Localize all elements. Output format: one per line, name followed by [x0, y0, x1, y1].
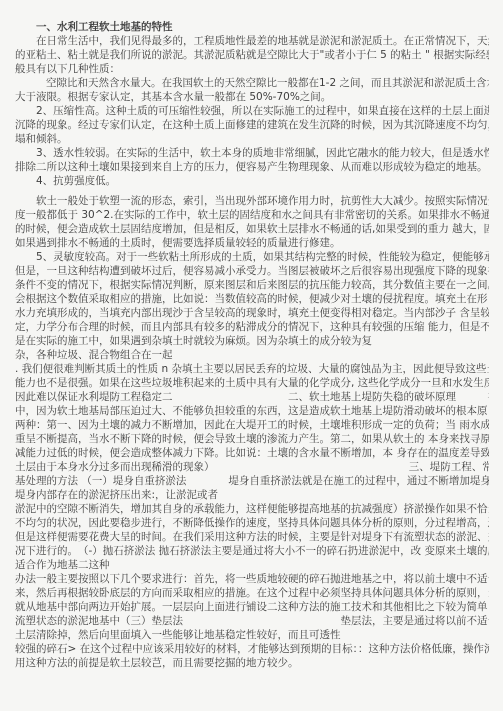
text-line: 空隙比和天然含水量大。在我国软土的天然空隙比一般都在1-2 之间，而且其淤泥和淤… — [15, 76, 489, 90]
text-line: 4、抗剪强度低。 — [15, 174, 489, 188]
text-line: 中，因为软土地基局部压迫过大、不能够负担较重的东西，这是造成软土地基上堤防滑动破… — [15, 404, 489, 418]
text-line: 办法一般主要按照以下几个要求进行：首先，将一些质地较硬的碎石抛进地基之中，将以前… — [15, 572, 489, 586]
text-line: 软土一般处于软塑一流的形态，索引，当出现外部环境作用力时，抗剪性大大减少。按照实… — [15, 194, 489, 208]
text-line: 大于液限。根据专家认定，其基本含水量一般都在 50%-70%之间。 — [15, 90, 489, 104]
text-line: . 我们便很难判断其质土的性质 n 杂填土主要以居民丢弃的垃圾、大量的腐蚀品为主… — [15, 362, 489, 376]
text-line: 般具有以下几种性质： — [15, 62, 489, 76]
text-line: 较强的碎石> 在这个过程中应该采用较好的材料，才能够达到预期的目标：：这种方法价… — [15, 642, 489, 656]
text-line: 在日常生活中，我们见得最多的，工程质地性最差的地基就是淤泥和淤泥质土。在正常情况… — [15, 34, 489, 48]
text-line: 的时候，便会造成软土层固结度增加，但是相反，如果软土层排水不畅通的话,如果受到的… — [15, 222, 489, 236]
text-line: 条件不变的情况下，根据实际情况判断，原来图层和后来图层的抗压能力较高，其分数值主… — [15, 278, 489, 292]
text-line: 况下进行的。 （-）抛石挤淤法 抛石挤淤法主要是通过将大小不一的碎石扔进淤泥中，… — [15, 544, 489, 558]
text-line: 因此难以保证水利堤防工程稳定二 二、软土地基上堤防失稳的破坏原理 在实际生活 — [15, 390, 489, 404]
text-line: 3、透水性较弱。在实际的生活中，软土本身的质地非常细腻，因此它融水的能力较大，但… — [15, 146, 489, 160]
text-line: 基处理的方法 （一）堤身自重挤淤法 堤身自重挤淤法就是在施工的过程中，通过不断增… — [15, 474, 489, 488]
text-line: 土层由于本身水分过多而出现稀滑的现象） 三、堤防工程、常用软土地 — [15, 460, 489, 474]
text-line: 土层清除掉，然后向里面填入一些能够让地基稳定性较好，而且可透性 — [15, 628, 489, 642]
text-line: 能力也不是很强。如果在这些垃圾堆积起来的土质中具有大量的化学成分, 这些化学成分… — [15, 376, 489, 390]
document-page: 一、水利工程软土地基的特性在日常生活中，我们见得最多的，工程质地性最差的地基就是… — [0, 0, 503, 711]
text-line: 会根据这个数值采取相应的措施，比如说：当数值较高的时候，便减少对土壤的侵扰程度。… — [15, 292, 489, 306]
text-line: 是在实际的施工中，如果遇到杂填土时就较为麻烦。因为杂填土的成分较为复 — [15, 334, 489, 348]
text-line: 定，力学分布合理的时候，而且内部具有较多的粘滞成分的情况下，这种具有较强的压缩 … — [15, 320, 489, 334]
text-line: 淤泥中的空隙不断消失，增加其自身的承载能力，这样便能够提高地基的抗减强度）挤淤操… — [15, 502, 489, 516]
text-line: 减能力过低的时候，便会造成整体减力下降。比如说：土壤的含水量不断增加，本 身存在… — [15, 446, 489, 460]
text-line: 就从地基中部向两边开始扩展。一层层向上面进行铺设二这种方法的施工技术和其他相比之… — [15, 600, 489, 614]
text-line: 水力充填形成的，当填充内部出现沙于含呈较高的现象时，填充土便变得相对稳定。当内部… — [15, 306, 489, 320]
text-line: 但是这样便需要花费大呈的时间。在我们采用这种方法的时候，主要是针对堤身下有流塑状… — [15, 530, 489, 544]
text-line: 一、水利工程软土地基的特性 — [15, 20, 489, 34]
text-line: 的亚粘土、粘土就是我们所说的淤泥。其淤泥质粘就是空隙比大于"或者小于仁 5 的粘… — [15, 48, 489, 62]
text-line: 两种：第一、因为土壤的减力不断增加，因此在大堤开工的时候，土壤堆积形成一定的负荷… — [15, 418, 489, 432]
text-line: 如果遇到排水不畅通的土质时，便需要选择质量较轻的质量进行修建。 — [15, 236, 489, 250]
text-line: 杂，各种垃圾、混合物组合在一起 — [15, 348, 489, 362]
text-line: 度一般都低于 30^2.在实际的工作中，软土层的固结度和水之间具有非常密切的关系… — [15, 208, 489, 222]
text-line: 但是，一旦这种结构遭到破坏过后，便容易减小承受力。当图层被破坏之后很容易出现强度… — [15, 264, 489, 278]
text-line: 流塑状态的淤泥地基中（三）垫层法 垫层法，主要是通过将以前不适合做地基的 — [15, 614, 489, 628]
text-line: 来，然后再根据较卧底层的方向而采取相应的措施。在这个过程中必须坚持具体问题具体分… — [15, 586, 489, 600]
text-line: 沉降的现象。经过专家们认定，在这种土质上面修建的建筑在发生沉降的时候，因为其沉降… — [15, 118, 489, 132]
text-line: 排除二所以这种土壤如果接到来自上方的压力，便容易产生物理现象、从而难以形成较为稳… — [15, 160, 489, 174]
text-line: 塌和倾斜。 — [15, 132, 489, 146]
text-line: 不均匀的状况，因此要稳步进行，不断降低操作的速度，坚持具体问题具体分析的原则，分… — [15, 516, 489, 530]
text-line: 2、压缩性高。这种土质的可压缩性较强，所以在实际施工的过程中，如果直接在这样的土… — [15, 104, 489, 118]
text-line: 堤身内部存在的淤泥挤压出来:，让淤泥或者 — [15, 488, 489, 502]
text-line: 适合作为地基二这种 — [15, 558, 489, 572]
document-body: 一、水利工程软土地基的特性在日常生活中，我们见得最多的，工程质地性最差的地基就是… — [15, 20, 489, 670]
text-line: 用这种方法的前提是软土层较芑，而且需要挖掘的地方较少。 — [15, 656, 489, 670]
text-line: 重呈不断提高，当水不断下降的时候，便会导致土壤的渗流力产生。第二，如果从软土的 … — [15, 432, 489, 446]
text-line: 5、灵敏度较高。对于一些软粘土所形成的土质，如果其结构完整的时候，性能较为稳定，… — [15, 250, 489, 264]
